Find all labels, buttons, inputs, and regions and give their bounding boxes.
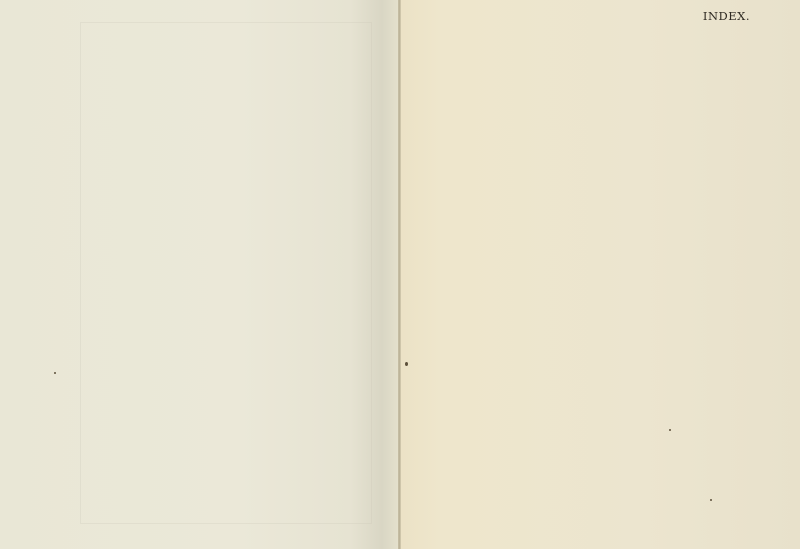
paper-speck — [405, 362, 408, 366]
right-page: INDEX. — [401, 0, 800, 549]
left-page — [0, 0, 398, 549]
paper-speck — [54, 372, 56, 374]
paper-speck — [710, 499, 712, 501]
show-through-text-area — [80, 22, 372, 524]
running-head: INDEX. — [703, 9, 750, 23]
book-spread: INDEX. — [0, 0, 800, 549]
paper-speck — [669, 429, 671, 431]
